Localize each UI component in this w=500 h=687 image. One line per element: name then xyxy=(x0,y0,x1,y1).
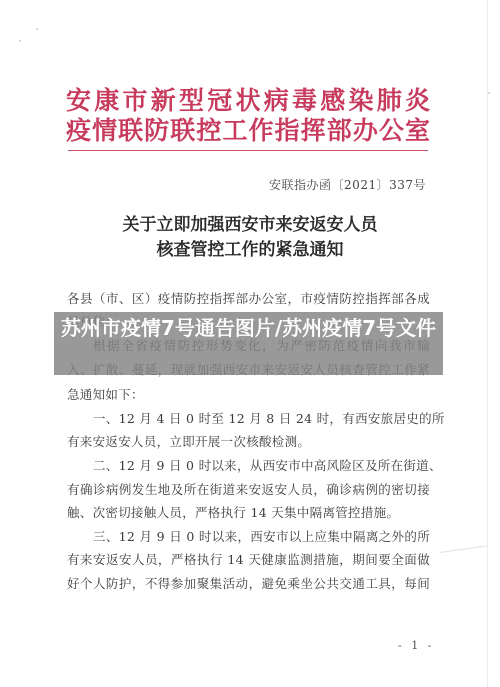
header-red-rule xyxy=(68,150,428,151)
body-line-item-2-end: 触、次密切接触人员，严格执行 14 天集中隔离管控措施。 xyxy=(67,505,399,521)
page-number: - 1 - xyxy=(398,639,434,652)
body-line-item-1: 一、12 月 4 日 0 时至 12 月 8 日 24 时，有西安旅居史的所 xyxy=(93,411,430,427)
document-number: 安联指办函〔2021〕337号 xyxy=(269,176,426,193)
body-line-item-3-cont: 有来安返安人员，严格执行 14 天健康监测措施，期间要全面做 xyxy=(67,552,430,568)
overlay-caption-text: 苏州市疫情7号通告图片/苏州疫情7号文件 xyxy=(54,316,443,341)
scan-speck xyxy=(36,28,38,30)
body-line-addressee: 各县（市、区）疫情防控指挥部办公室，市疫情防控指挥部各成 xyxy=(67,291,430,307)
document-title-line-1: 关于立即加强西安市来安返安人员 xyxy=(0,213,500,237)
scan-speck xyxy=(488,92,490,94)
body-line-item-2-cont: 有确诊病例发生地及所在街道来安返安人员，确诊病例的密切接 xyxy=(67,482,430,498)
body-line-item-2: 二、12 月 9 日 0 时以来，从西安市中高风险区及所在街道、 xyxy=(93,458,430,474)
body-line-item-3: 三、12 月 9 日 0 时以来，西安市以上应集中隔离之外的所 xyxy=(93,529,430,545)
body-line-item-3-cont-2: 好个人防护，不得参加聚集活动，避免乘坐公共交通工具，每间 xyxy=(67,576,430,592)
page-edge-shadow xyxy=(487,0,488,687)
document-page: 安康市新型冠状病毒感染肺炎 疫情联防联控工作指挥部办公室 安联指办函〔2021〕… xyxy=(0,0,500,687)
overlay-caption-banner: 苏州市疫情7号通告图片/苏州疫情7号文件 xyxy=(54,312,443,375)
issuing-authority-line-2: 疫情联防联控工作指挥部办公室 xyxy=(66,116,430,146)
body-line-item-1-cont: 有来安返安人员，立即开展一次核酸检测。 xyxy=(67,434,310,450)
document-title-line-2: 核查管控工作的紧急通知 xyxy=(0,238,500,262)
issuing-authority-line-1: 安康市新型冠状病毒感染肺炎 xyxy=(66,86,430,116)
scan-speck xyxy=(19,40,21,42)
page-crease xyxy=(440,545,488,553)
body-line-intro-end: 急通知如下： xyxy=(67,387,144,403)
